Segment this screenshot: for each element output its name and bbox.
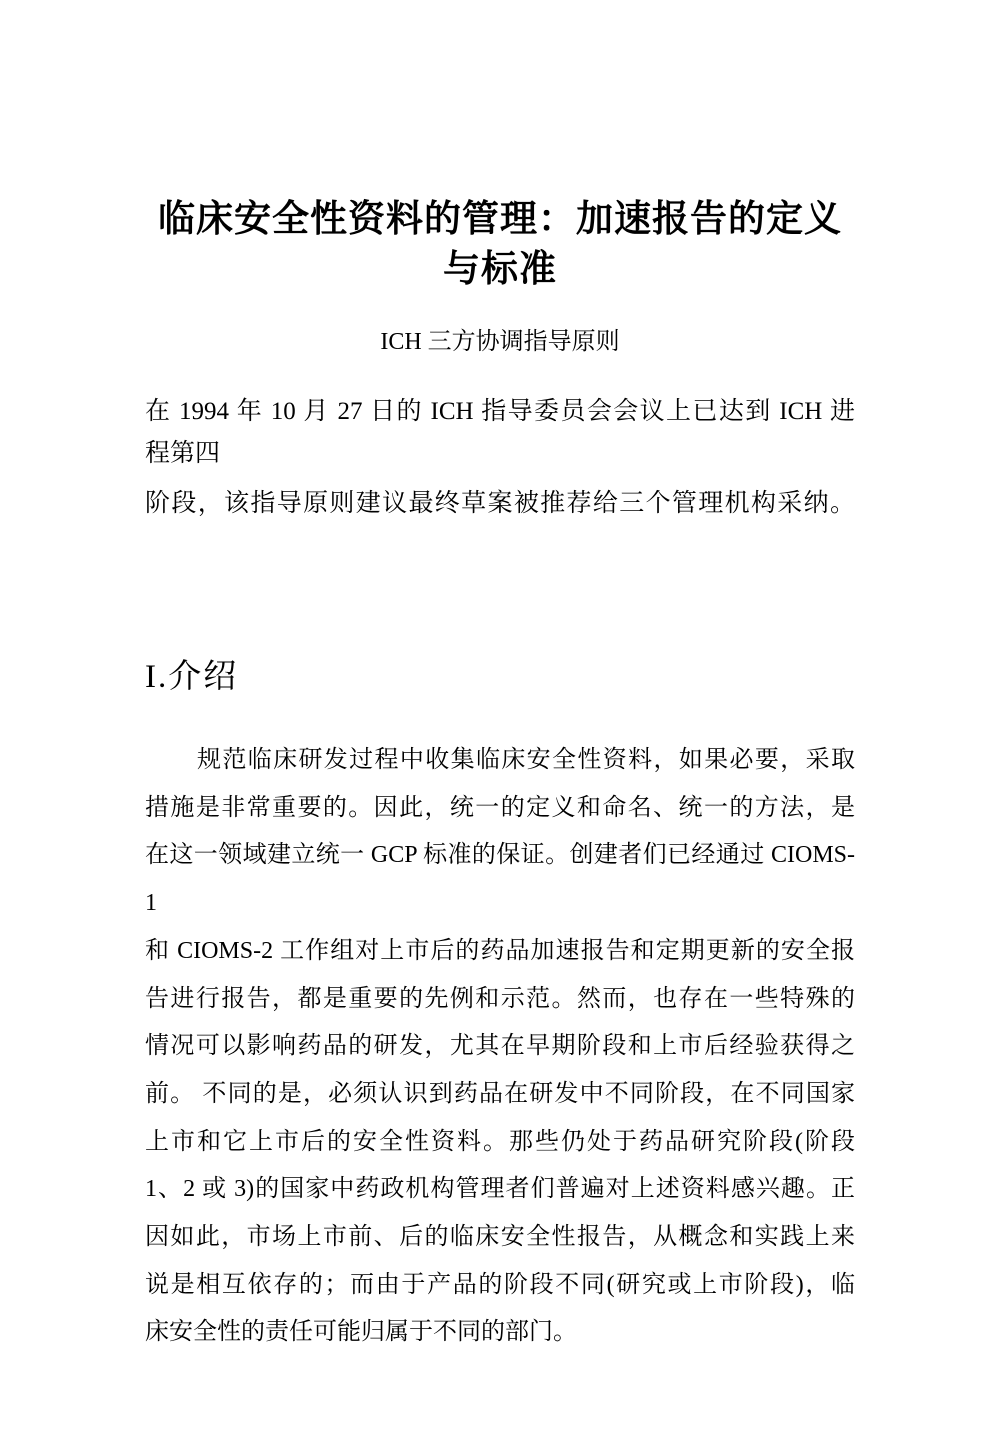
intro-paragraph-line: 告进行报告，都是重要的先例和示范。然而，也存在一些特殊的 bbox=[145, 976, 855, 1024]
intro-paragraph-line: 床安全性的责任可能归属于不同的部门。 bbox=[145, 1309, 855, 1357]
document-title: 临床安全性资料的管理：加速报告的定义 与标准 bbox=[145, 195, 855, 295]
preamble-line-2: 程第四 bbox=[145, 433, 855, 475]
intro-paragraph: 规范临床研发过程中收集临床安全性资料，如果必要，采取 措施是非常重要的。因此，统… bbox=[145, 737, 855, 1357]
preamble-continuation: 阶段，该指导原则建议最终草案被推荐给三个管理机构采纳。 bbox=[145, 483, 855, 525]
intro-paragraph-line: 规范临床研发过程中收集临床安全性资料，如果必要，采取 bbox=[145, 737, 855, 785]
document-page: 临床安全性资料的管理：加速报告的定义 与标准 ICH 三方协调指导原则 在 19… bbox=[0, 0, 1000, 1450]
section-1-heading: I.介绍 bbox=[145, 655, 855, 699]
intro-paragraph-line: 情况可以影响药品的研发，尤其在早期阶段和上市后经验获得之 bbox=[145, 1023, 855, 1071]
preamble-line-1: 在 1994 年 10 月 27 日的 ICH 指导委员会会议上已达到 ICH … bbox=[145, 391, 855, 433]
preamble: 在 1994 年 10 月 27 日的 ICH 指导委员会会议上已达到 ICH … bbox=[145, 391, 855, 475]
intro-paragraph-line: 因如此，市场上市前、后的临床安全性报告，从概念和实践上来 bbox=[145, 1214, 855, 1262]
intro-paragraph-line: 措施是非常重要的。因此，统一的定义和命名、统一的方法，是 bbox=[145, 785, 855, 833]
document-title-line-2: 与标准 bbox=[145, 245, 855, 295]
intro-paragraph-line: 1、2 或 3)的国家中药政机构管理者们普遍对上述资料感兴趣。正 bbox=[145, 1166, 855, 1214]
intro-paragraph-line: 和 CIOMS-2 工作组对上市后的药品加速报告和定期更新的安全报 bbox=[145, 928, 855, 976]
document-title-line-1: 临床安全性资料的管理：加速报告的定义 bbox=[145, 195, 855, 245]
intro-paragraph-line: 前。 不同的是，必须认识到药品在研发中不同阶段，在不同国家 bbox=[145, 1071, 855, 1119]
intro-paragraph-line: 上市和它上市后的安全性资料。那些仍处于药品研究阶段(阶段 bbox=[145, 1119, 855, 1167]
intro-paragraph-line: 在这一领域建立统一 GCP 标准的保证。创建者们已经通过 CIOMS-1 bbox=[145, 832, 855, 927]
intro-paragraph-line: 说是相互依存的；而由于产品的阶段不同(研究或上市阶段)，临 bbox=[145, 1262, 855, 1310]
document-subtitle: ICH 三方协调指导原则 bbox=[145, 325, 855, 359]
